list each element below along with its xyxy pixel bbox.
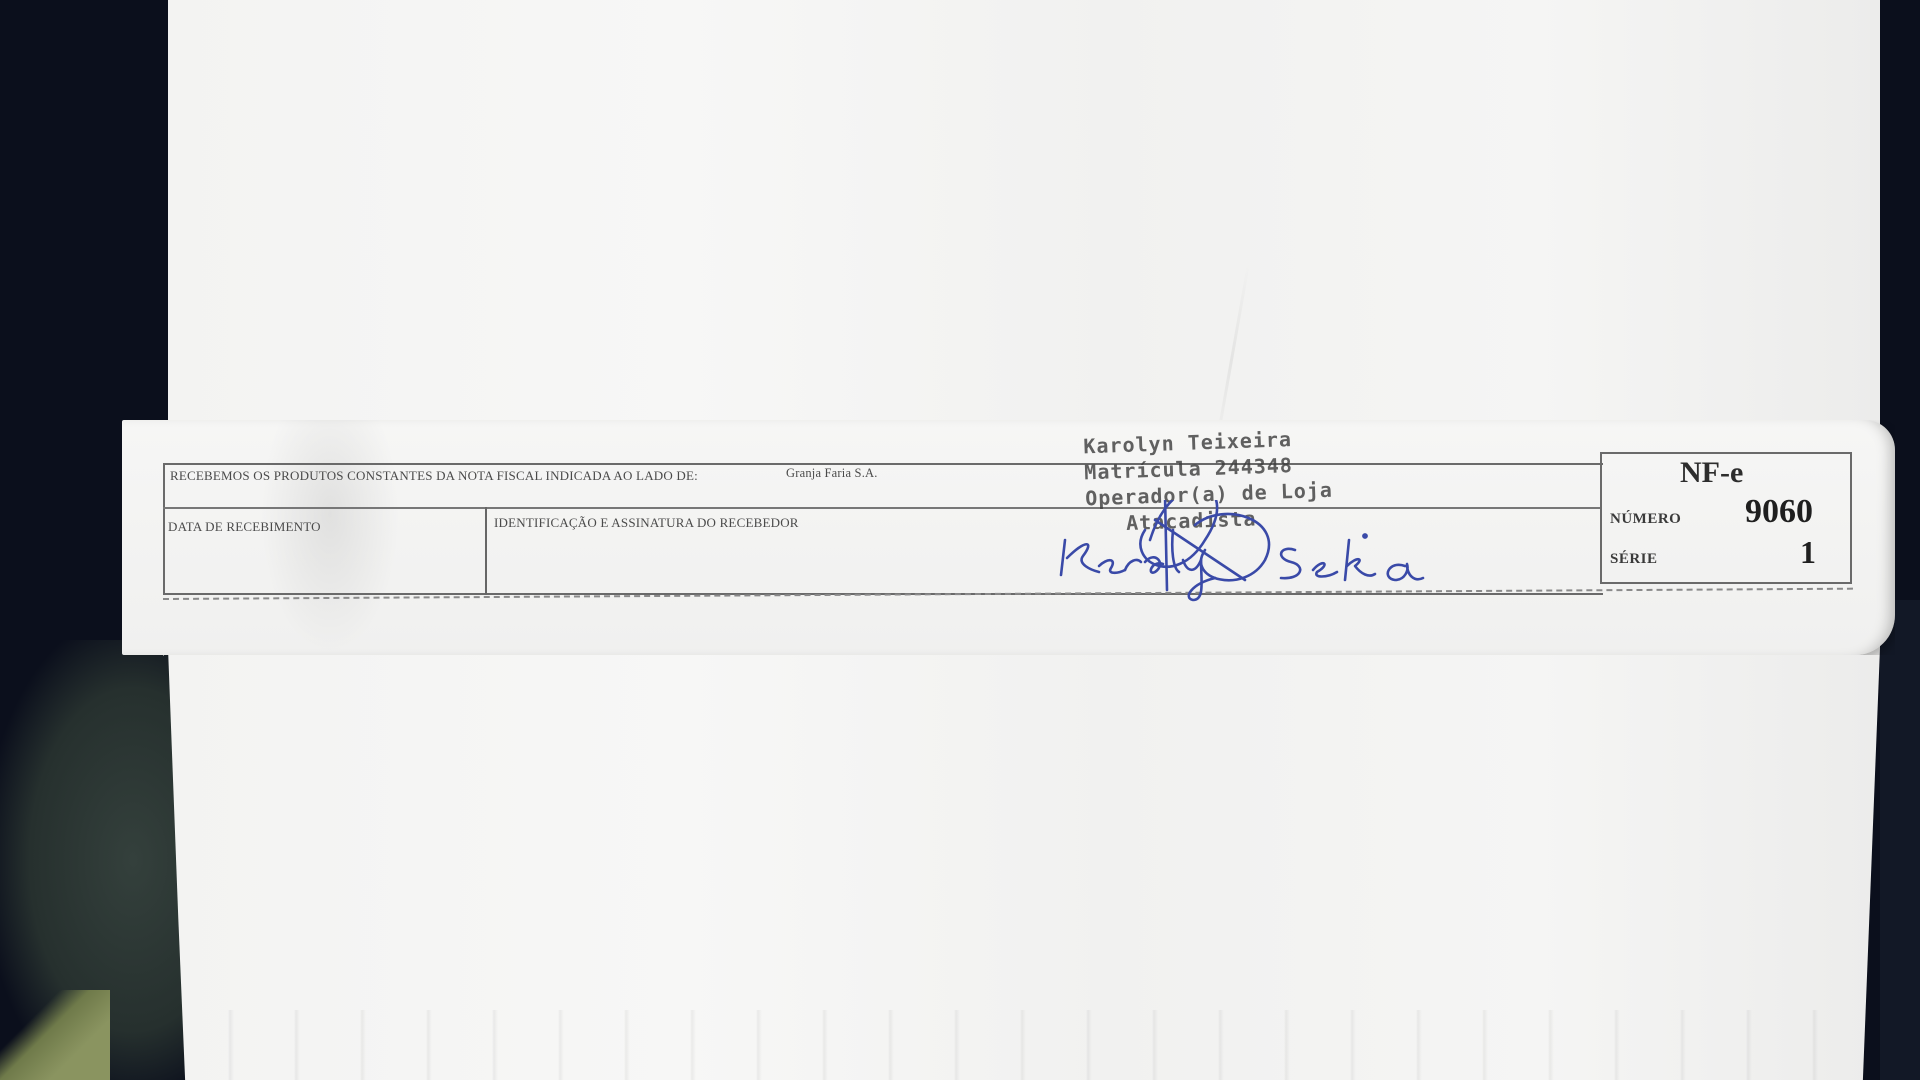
receiver-identification-label: IDENTIFICAÇÃO E ASSINATURA DO RECEBEDOR xyxy=(494,515,799,531)
nfe-series-label: SÉRIE xyxy=(1610,551,1658,568)
paper-wrinkles xyxy=(168,1010,1880,1080)
date-received-label: DATA DE RECEBIMENTO xyxy=(168,519,321,535)
receiver-signature xyxy=(1055,500,1475,610)
column-divider xyxy=(485,507,487,595)
nfe-number: 9060 xyxy=(1745,493,1813,531)
receipt-statement: RECEBEMOS OS PRODUTOS CONSTANTES DA NOTA… xyxy=(170,468,698,484)
background-grass xyxy=(0,990,110,1080)
nfe-series: 1 xyxy=(1800,534,1816,571)
nfe-title: NF-e xyxy=(1680,456,1743,490)
nfe-number-label: NÚMERO xyxy=(1610,511,1681,528)
issuer-name: Granja Faria S.A. xyxy=(786,466,878,481)
background-right-edge xyxy=(1880,600,1920,1080)
